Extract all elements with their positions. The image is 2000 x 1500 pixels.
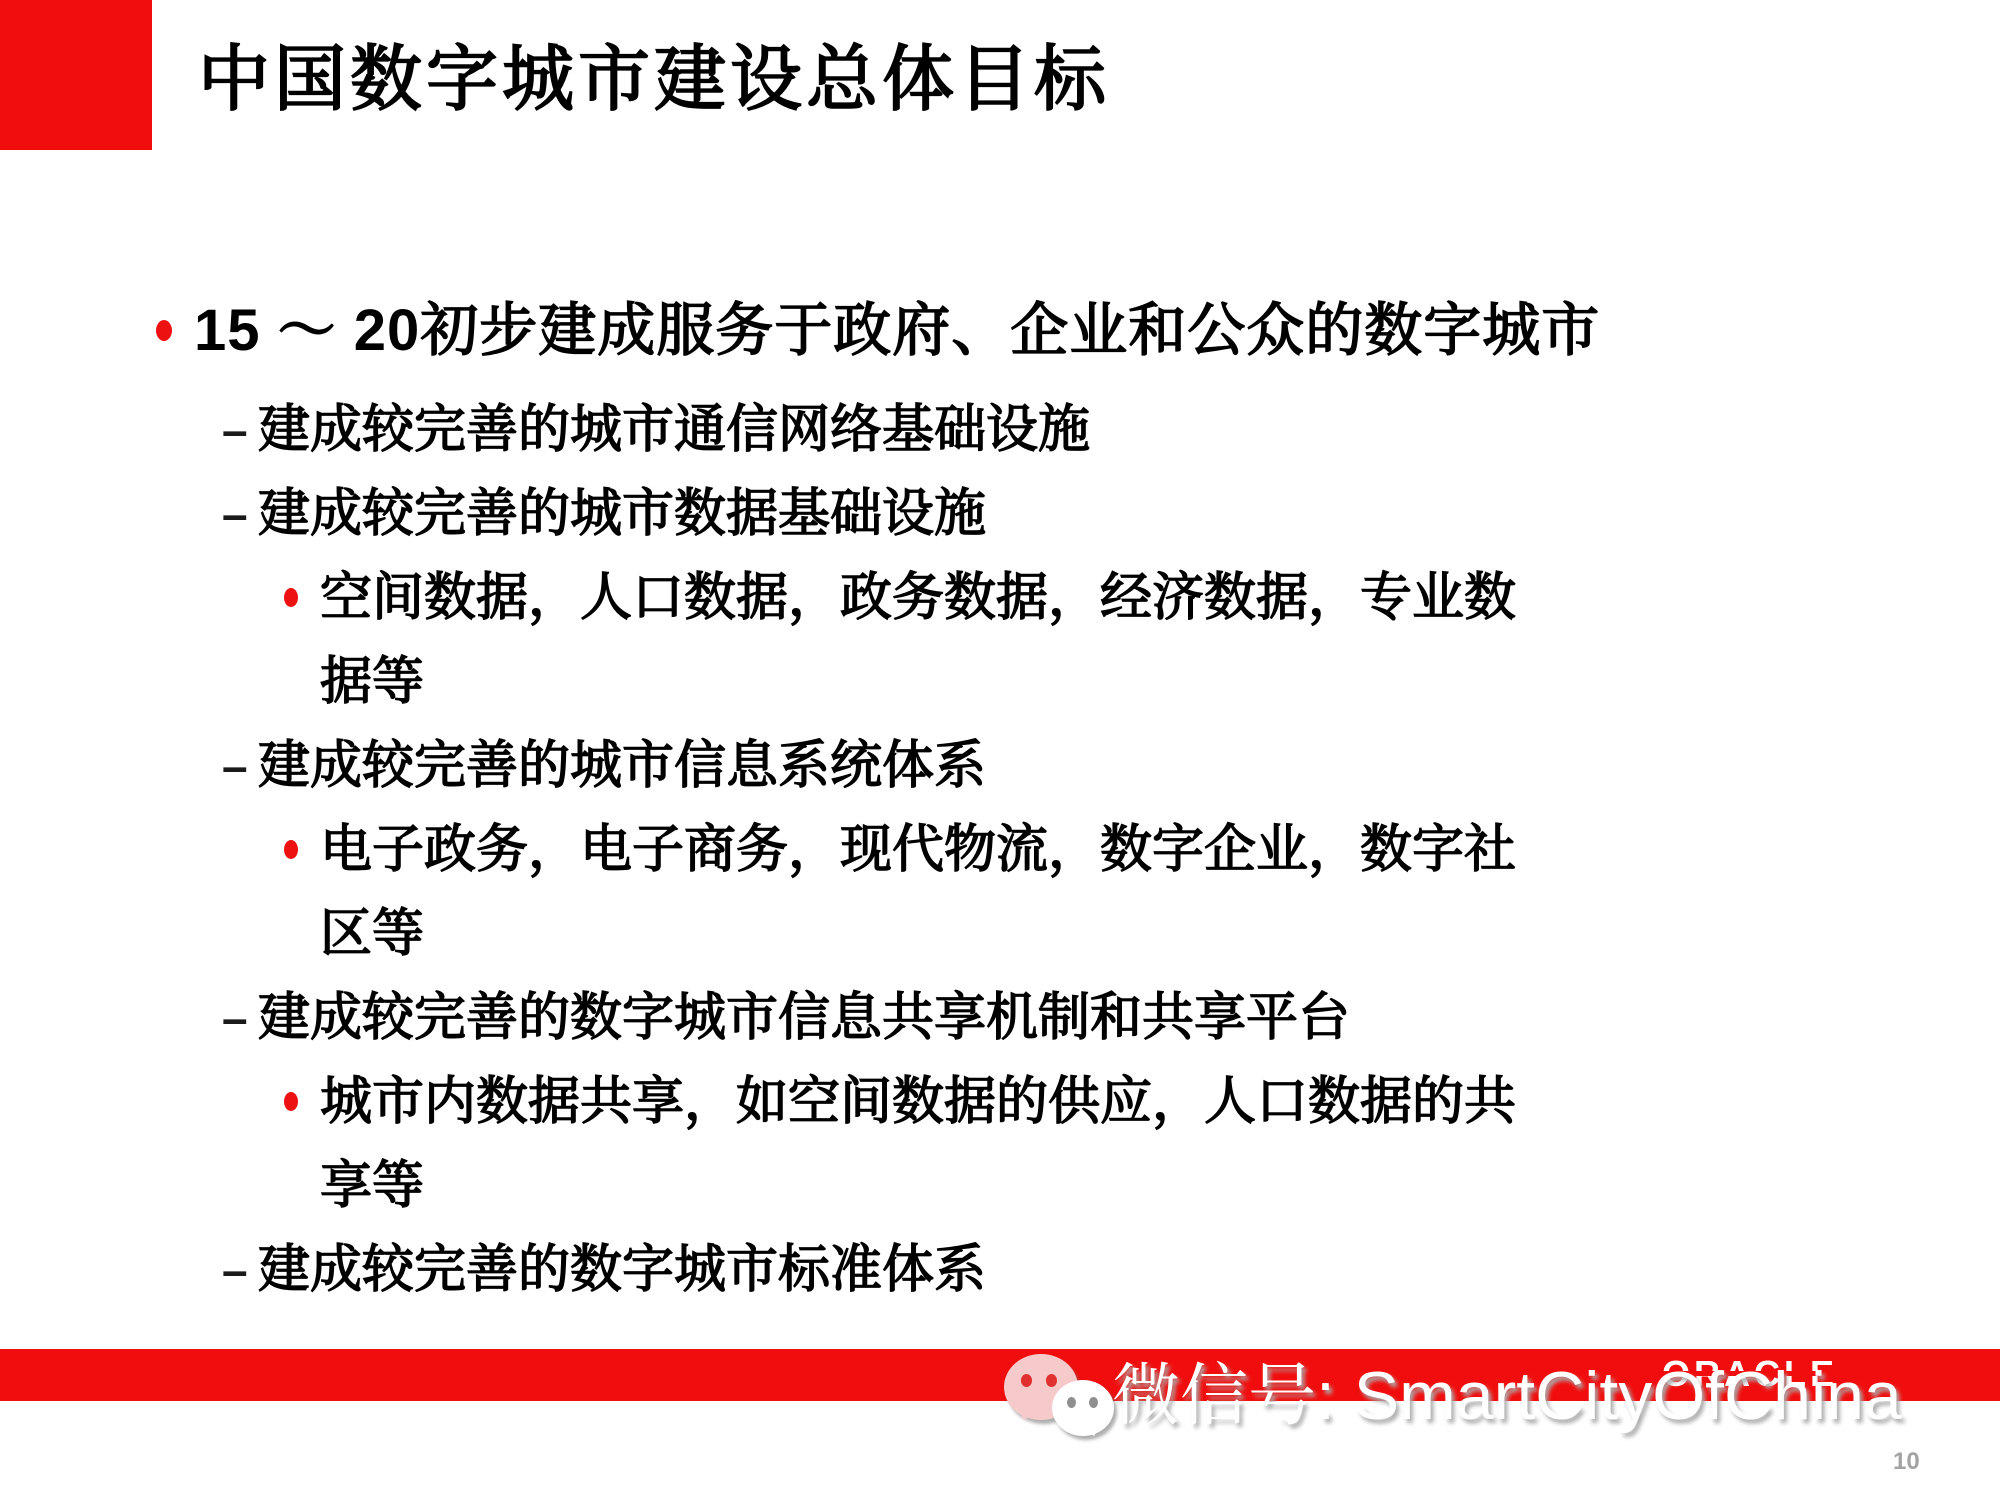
bubble-eye-icon xyxy=(1089,1397,1098,1408)
bullet-item-l3: 空间数据，人口数据，政务数据，经济数据，专业数据等 xyxy=(150,556,1880,724)
page-number: 10 xyxy=(1893,1448,1920,1476)
wechat-small-bubble-icon xyxy=(1052,1380,1114,1436)
bullet-item-l1: 15 ～ 20初步建成服务于政府、企业和公众的数字城市 xyxy=(150,292,1880,370)
dash-bullet-icon: – xyxy=(222,472,258,556)
bullet-item-l2: –建成较完善的城市数据基础设施 xyxy=(150,472,1880,556)
bubble-tail-icon xyxy=(1079,1421,1108,1450)
dot-bullet-icon xyxy=(284,840,298,859)
bullet-text: 建成较完善的城市数据基础设施 xyxy=(258,472,986,556)
dash-bullet-icon: – xyxy=(222,724,258,808)
bullet-item-l2: –建成较完善的城市信息系统体系 xyxy=(150,724,1880,808)
bubble-eye-icon xyxy=(1067,1397,1076,1408)
bullet-text: 15 ～ 20初步建成服务于政府、企业和公众的数字城市 xyxy=(194,292,1600,370)
bullet-item-l2: –建成较完善的城市通信网络基础设施 xyxy=(150,388,1880,472)
slide: { "slide": { "title": "中国数字城市建设总体目标", "p… xyxy=(0,0,2000,1500)
bullet-item-l3: 城市内数据共享，如空间数据的供应，人口数据的共享等 xyxy=(150,1060,1880,1228)
header-red-square xyxy=(0,0,152,150)
bullet-item-l3: 电子政务，电子商务，现代物流，数字企业，数字社区等 xyxy=(150,808,1880,976)
bullet-text: 空间数据，人口数据，政务数据，经济数据，专业数据等 xyxy=(320,556,1535,724)
bullet-item-l2: –建成较完善的数字城市信息共享机制和共享平台 xyxy=(150,976,1880,1060)
wechat-icon xyxy=(1002,1348,1114,1448)
dot-bullet-icon xyxy=(156,320,172,341)
dot-bullet-icon xyxy=(284,588,298,607)
bullet-text: 电子政务，电子商务，现代物流，数字企业，数字社区等 xyxy=(320,808,1535,976)
dash-bullet-icon: – xyxy=(222,1228,258,1312)
bullet-item-l2: –建成较完善的数字城市标准体系 xyxy=(150,1228,1880,1312)
bullet-text: 城市内数据共享，如空间数据的供应，人口数据的共享等 xyxy=(320,1060,1535,1228)
bullet-text: 建成较完善的城市信息系统体系 xyxy=(258,724,986,808)
dash-bullet-icon: – xyxy=(222,976,258,1060)
bullet-text: 建成较完善的数字城市信息共享机制和共享平台 xyxy=(258,976,1350,1060)
bubble-eye-icon xyxy=(1046,1374,1057,1387)
bullet-text: 建成较完善的城市通信网络基础设施 xyxy=(258,388,1090,472)
slide-title: 中国数字城市建设总体目标 xyxy=(198,30,1110,130)
wechat-account-label: 微信号: SmartCityOfChina xyxy=(1112,1350,1902,1442)
dot-bullet-icon xyxy=(284,1092,298,1111)
bubble-tail-icon xyxy=(1009,1405,1038,1434)
dash-bullet-icon: – xyxy=(222,388,258,472)
content-list: 15 ～ 20初步建成服务于政府、企业和公众的数字城市–建成较完善的城市通信网络… xyxy=(150,292,1880,1312)
bullet-text: 建成较完善的数字城市标准体系 xyxy=(258,1228,986,1312)
bubble-eye-icon xyxy=(1021,1374,1032,1387)
